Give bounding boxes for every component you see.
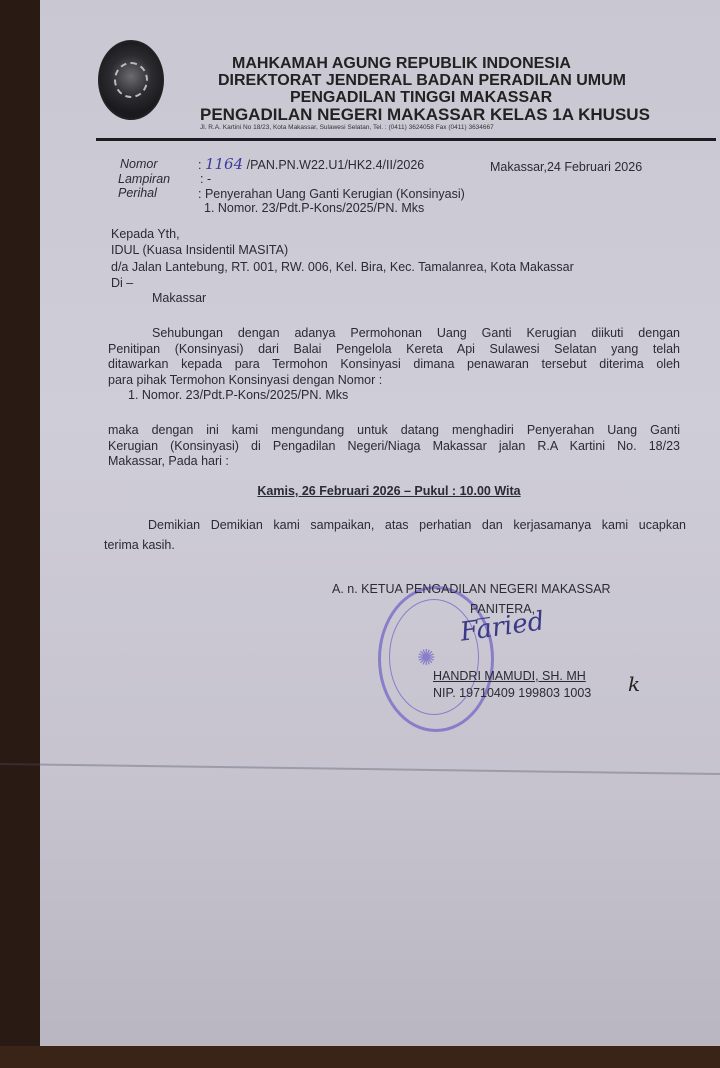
paragraph-1: Sehubungan dengan adanya Permohonan Uang… — [108, 326, 680, 404]
nomor-value: /PAN.PN.W22.U1/HK2.4/II/2026 — [247, 158, 425, 172]
place-date: Makassar,24 Februari 2026 — [490, 160, 642, 174]
nomor-label: Nomor — [120, 157, 158, 171]
letterhead-address: Jl. R.A. Kartini No 18/23, Kota Makassar… — [200, 124, 494, 131]
signatory-name: HANDRI MAMUDI, SH. MH — [433, 669, 586, 683]
closing-paragraph: Demikian Demikian kami sampaikan, atas p… — [104, 518, 686, 553]
p1-line: Sehubungan dengan adanya Permohonan Uang… — [108, 326, 680, 342]
court-emblem-icon — [98, 40, 164, 120]
recipient-address: d/a Jalan Lantebung, RT. 001, RW. 006, K… — [111, 260, 574, 274]
letterhead-line-2: DIREKTORAT JENDERAL BADAN PERADILAN UMUM — [218, 72, 626, 90]
recipient-city: Makassar — [152, 291, 206, 305]
letterhead-line-1: MAHKAMAH AGUNG REPUBLIK INDONESIA — [232, 55, 571, 73]
stamp-emblem-icon: ✺ — [417, 645, 435, 671]
perihal-label: Perihal — [118, 186, 157, 200]
paragraph-2: maka dengan ini kami mengundang untuk da… — [108, 423, 680, 470]
p1-line: ditawarkan kepada para Termohon Konsinya… — [108, 357, 680, 373]
p1-line: Penitipan (Konsinyasi) dari Balai Pengel… — [108, 342, 680, 358]
p2-line: Kerugian (Konsinyasi) di Pengadilan Nege… — [108, 439, 680, 455]
signature-on-behalf: A. n. KETUA PENGADILAN NEGERI MAKASSAR — [332, 582, 611, 596]
schedule-line: Kamis, 26 Februari 2026 – Pukul : 10.00 … — [0, 484, 720, 498]
schedule: Kamis, 26 Februari 2026 – Pukul : 10.00 … — [257, 484, 520, 498]
closing-line: Demikian Demikian kami sampaikan, atas p… — [104, 518, 686, 534]
signatory-nip: NIP. 19710409 199803 1003 — [433, 686, 591, 700]
letterhead-divider — [96, 138, 716, 141]
salutation: Kepada Yth, — [111, 227, 180, 241]
nomor-handwritten: 1164 — [205, 155, 243, 173]
recipient-di: Di – — [111, 276, 133, 290]
nomor-line: : 1164 /PAN.PN.W22.U1/HK2.4/II/2026 — [198, 155, 424, 173]
recipient-name: IDUL (Kuasa Insidentil MASITA) — [111, 243, 288, 257]
table-surface — [0, 1046, 720, 1068]
closing-line: terima kasih. — [104, 538, 686, 554]
p1-line: para pihak Termohon Konsinyasi dengan No… — [108, 373, 680, 389]
p2-line: maka dengan ini kami mengundang untuk da… — [108, 423, 680, 439]
paraf-initial: k — [628, 672, 640, 696]
lampiran-value: : - — [200, 172, 211, 186]
p2-line: Makassar, Pada hari : — [108, 454, 680, 470]
perihal-value: : Penyerahan Uang Ganti Kerugian (Konsin… — [198, 187, 465, 201]
lampiran-label: Lampiran — [118, 172, 170, 186]
p1-item: 1. Nomor. 23/Pdt.P-Kons/2025/PN. Mks — [108, 388, 680, 404]
perihal-item: 1. Nomor. 23/Pdt.P-Kons/2025/PN. Mks — [204, 201, 424, 215]
letterhead-line-4: PENGADILAN NEGERI MAKASSAR KELAS 1A KHUS… — [200, 105, 650, 125]
